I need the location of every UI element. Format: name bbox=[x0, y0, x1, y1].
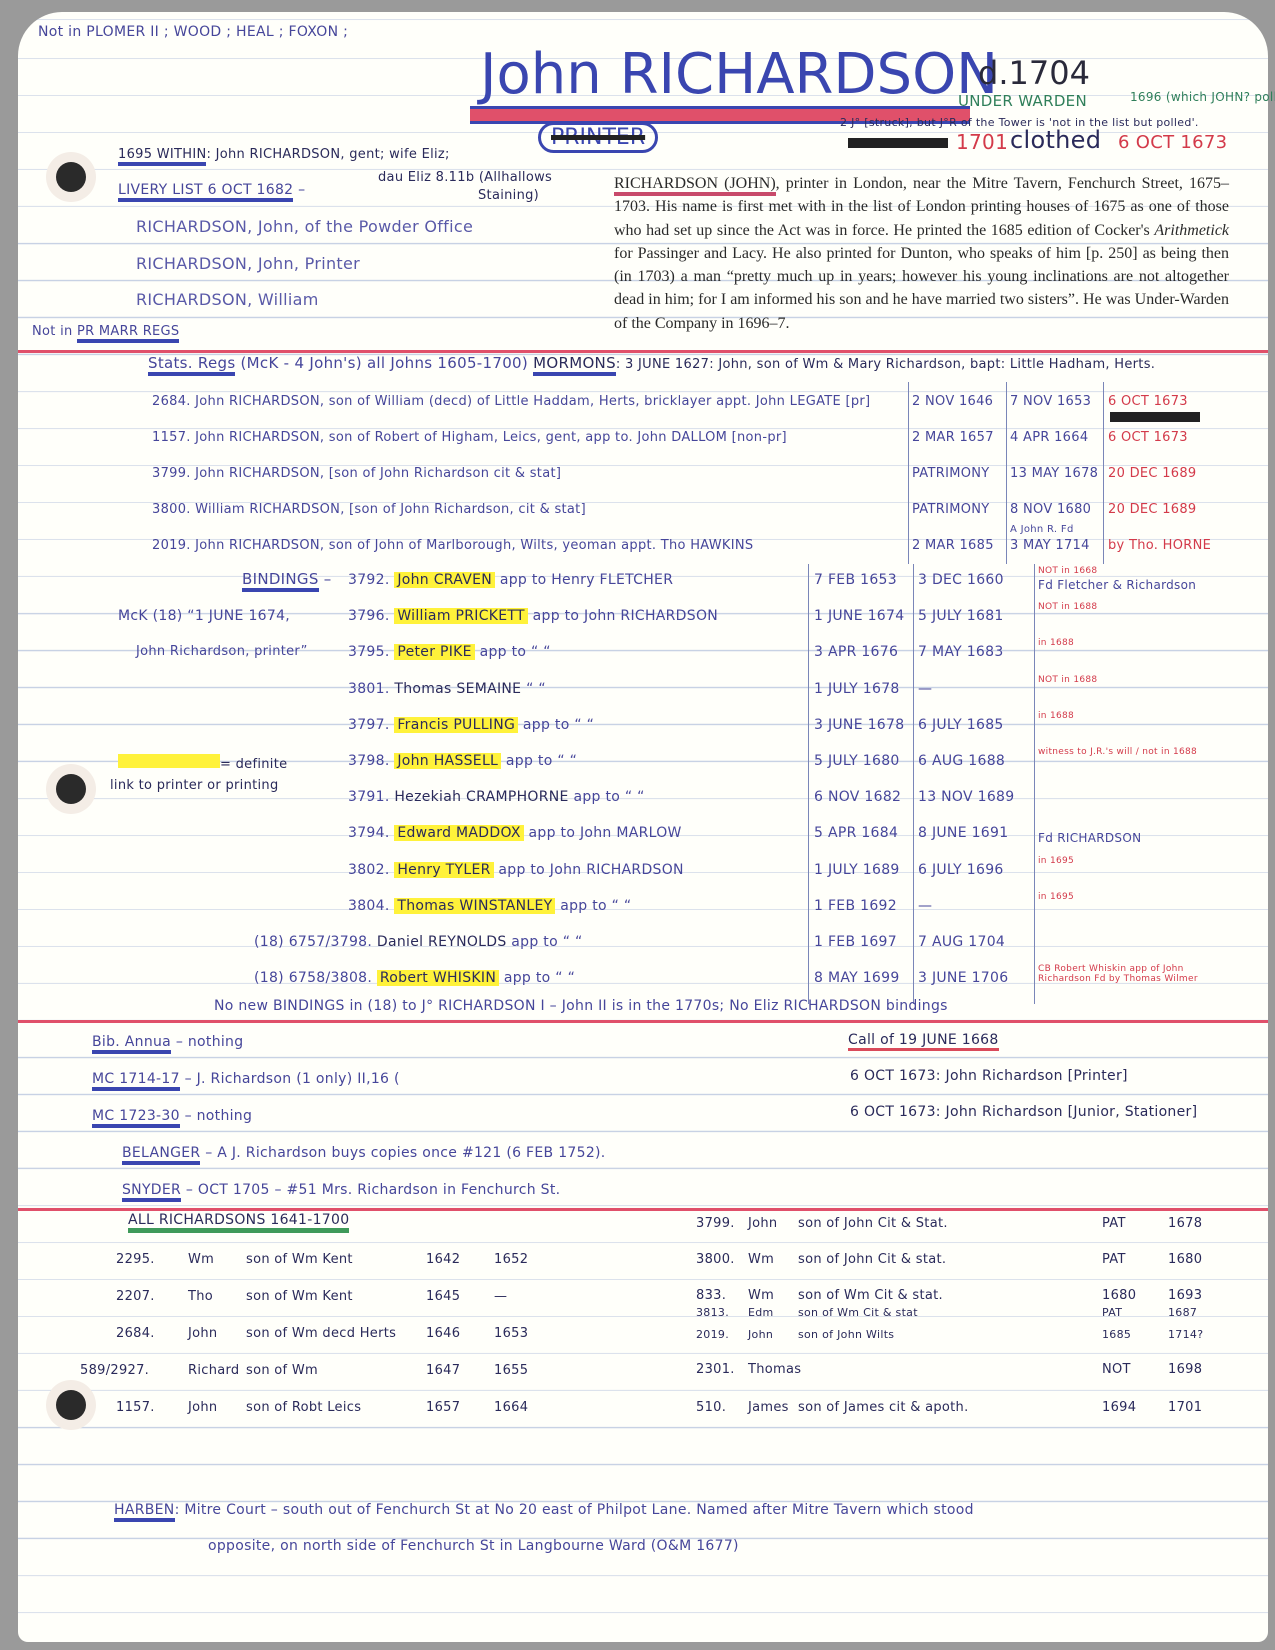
column-divider bbox=[913, 564, 914, 1004]
apprentice-name: Edward MADDOX bbox=[394, 825, 523, 841]
binding-note-red: CB Robert Whiskin app of John Richardson… bbox=[1038, 964, 1198, 984]
source-label: Bib. Annua bbox=[92, 1034, 171, 1054]
year-1701: 1701 bbox=[956, 130, 1008, 154]
marr-regs-label: PR MARR REGS bbox=[77, 324, 179, 343]
notebook-page: Not in PLOMER II ; WOOD ; HEAL ; FOXON ;… bbox=[18, 12, 1268, 1642]
binding-note-red: in 1688 bbox=[1038, 638, 1198, 648]
richardson-year-free: 1680 bbox=[1168, 1252, 1202, 1267]
stats-row-status: 6 OCT 1673 bbox=[1108, 394, 1188, 409]
apprentice-name: John HASSELL bbox=[394, 753, 501, 769]
redacted-bar bbox=[848, 138, 948, 148]
source-line: MC 1723-30 – nothing bbox=[92, 1108, 252, 1124]
richardson-name: John bbox=[748, 1328, 773, 1341]
binding-bound-date: 1 JULY 1689 bbox=[814, 862, 900, 878]
richardson-father: son of Wm Kent bbox=[246, 1289, 353, 1304]
binding-master: app to “ “ bbox=[569, 789, 645, 805]
richardson-year-free: 1653 bbox=[494, 1326, 528, 1341]
binding-row: (18) 6757/3798. Daniel REYNOLDS app to “… bbox=[254, 934, 583, 950]
richardson-father: son of Robt Leics bbox=[246, 1400, 361, 1415]
bindings-label: BINDINGS bbox=[242, 570, 319, 592]
richardson-year-bound: PAT bbox=[1102, 1306, 1122, 1319]
within-label: 1695 WITHIN bbox=[118, 147, 206, 166]
richardson-name: Thomas bbox=[748, 1362, 801, 1377]
richardson-father: son of Wm Kent bbox=[246, 1252, 353, 1267]
richardson-year-free: — bbox=[494, 1289, 507, 1304]
binding-number: 3796. bbox=[348, 608, 394, 624]
binding-note-red: in 1688 bbox=[1038, 711, 1198, 721]
stats-row-free: 13 MAY 1678 bbox=[1010, 466, 1098, 481]
richardson-father: son of John Wilts bbox=[798, 1328, 894, 1341]
richardson-father: son of Wm Cit & stat. bbox=[798, 1288, 943, 1303]
richardson-num: 3799. bbox=[696, 1216, 735, 1231]
richardson-year-free: 1655 bbox=[494, 1363, 528, 1378]
stats-row-bound: 2 MAR 1685 bbox=[912, 538, 994, 553]
richardson-year-free: 1693 bbox=[1168, 1288, 1202, 1303]
binding-row: 3795. Peter PIKE app to “ “ bbox=[348, 644, 551, 660]
binding-bound-date: 5 JULY 1680 bbox=[814, 753, 900, 769]
richardson-year-free: 1678 bbox=[1168, 1216, 1202, 1231]
richardson-name: Richard bbox=[188, 1363, 239, 1378]
richardson-num: 3813. bbox=[696, 1306, 729, 1319]
richardson-name: Wm bbox=[748, 1288, 774, 1303]
binding-master: app to Henry FLETCHER bbox=[495, 572, 673, 588]
column-divider bbox=[1006, 382, 1007, 564]
harben-label: HARBEN bbox=[114, 1502, 175, 1522]
richardson-num: 2207. bbox=[116, 1289, 155, 1304]
richardson-num: 2684. bbox=[116, 1326, 155, 1341]
binding-master: app to “ “ bbox=[501, 753, 577, 769]
apprentice-name: John CRAVEN bbox=[394, 572, 495, 588]
binding-free-date: — bbox=[918, 681, 932, 697]
binding-number: 3794. bbox=[348, 825, 394, 841]
stats-row-text: 2019. John RICHARDSON, son of John of Ma… bbox=[152, 538, 753, 553]
richardson-year-free: 1664 bbox=[494, 1400, 528, 1415]
richardson-year-free: 1652 bbox=[494, 1252, 528, 1267]
richardson-year-bound: 1647 bbox=[426, 1363, 460, 1378]
stats-row-bound: PATRIMONY bbox=[912, 466, 990, 481]
binding-number: 3802. bbox=[348, 862, 394, 878]
richardson-year-bound: PAT bbox=[1102, 1216, 1126, 1231]
richardson-father: son of John Cit & Stat. bbox=[798, 1216, 948, 1231]
livery-list-line: LIVERY LIST 6 OCT 1682 – bbox=[118, 182, 305, 198]
richardson-year-bound: 1694 bbox=[1102, 1400, 1136, 1415]
richardson-year-free: 1687 bbox=[1168, 1306, 1197, 1319]
binding-master: app to “ “ bbox=[555, 898, 631, 914]
binding-free-date: 6 JULY 1696 bbox=[918, 862, 1004, 878]
within-line: 1695 WITHIN: John RICHARDSON, gent; wife… bbox=[118, 147, 450, 162]
highlight-swatch bbox=[118, 754, 220, 768]
binding-free-date: — bbox=[918, 898, 932, 914]
richardson-father: son of Wm Cit & stat bbox=[798, 1306, 918, 1319]
binding-free-date: 6 JULY 1685 bbox=[918, 717, 1004, 733]
binding-master: app to “ “ bbox=[518, 717, 594, 733]
under-warden-label: UNDER WARDEN bbox=[958, 92, 1087, 110]
all-richardsons-line: ALL RICHARDSONS 1641-1700 bbox=[128, 1212, 349, 1228]
apprentice-name: Henry TYLER bbox=[394, 862, 493, 878]
binding-bound-date: 7 FEB 1653 bbox=[814, 572, 897, 588]
richardson-year-bound: 1645 bbox=[426, 1289, 460, 1304]
highlight-legend: = definite bbox=[118, 754, 287, 772]
binding-number: 3791. bbox=[348, 789, 394, 805]
source-line: SNYDER – OCT 1705 – #51 Mrs. Richardson … bbox=[122, 1182, 560, 1198]
richardson-name: Wm bbox=[188, 1252, 214, 1267]
richardson-father: son of James cit & apoth. bbox=[798, 1400, 969, 1415]
apprentice-name: Daniel REYNOLDS bbox=[377, 934, 507, 950]
binding-row: 3796. William PRICKETT app to John RICHA… bbox=[348, 608, 718, 624]
binding-number: 3801. bbox=[348, 681, 394, 697]
richardson-year-bound: 1685 bbox=[1102, 1328, 1131, 1341]
richardson-year-bound: 1646 bbox=[426, 1326, 460, 1341]
livery-entry: RICHARDSON, John, Printer bbox=[136, 254, 360, 273]
page-title: John RICHARDSON bbox=[480, 42, 998, 107]
stats-row-status: 20 DEC 1689 bbox=[1108, 502, 1197, 517]
binding-note: Fd RICHARDSON bbox=[1038, 831, 1141, 845]
binding-master: app to “ “ bbox=[499, 970, 575, 986]
binding-note-red: witness to J.R.'s will / not in 1688 bbox=[1038, 747, 1198, 757]
mormons-label: MORMONS bbox=[533, 354, 616, 376]
richardson-num: 833. bbox=[696, 1288, 726, 1303]
binding-bound-date: 5 APR 1684 bbox=[814, 825, 898, 841]
source-label: MC 1723-30 bbox=[92, 1108, 180, 1128]
binding-bound-date: 1 FEB 1692 bbox=[814, 898, 897, 914]
stats-row-free: 4 APR 1664 bbox=[1010, 430, 1088, 445]
stats-row-text: 3800. William RICHARDSON, [son of John R… bbox=[152, 502, 586, 517]
binder-hole bbox=[56, 774, 86, 804]
highlight-legend-2: link to printer or printing bbox=[110, 778, 279, 793]
binding-row: (18) 6758/3808. Robert WHISKIN app to “ … bbox=[254, 970, 575, 986]
marr-regs-line: Not in PR MARR REGS bbox=[32, 324, 179, 339]
richardson-year-free: 1714? bbox=[1168, 1328, 1203, 1341]
source-text: – nothing bbox=[180, 1108, 252, 1124]
livery-list-label: LIVERY LIST 6 OCT 1682 bbox=[118, 182, 293, 202]
binding-free-date: 13 NOV 1689 bbox=[918, 789, 1014, 805]
binding-row: 3804. Thomas WINSTANLEY app to “ “ bbox=[348, 898, 631, 914]
stats-row-text: 3799. John RICHARDSON, [son of John Rich… bbox=[152, 466, 561, 481]
not-in-note: Not in PLOMER II ; WOOD ; HEAL ; FOXON ; bbox=[38, 24, 348, 40]
binding-free-date: 7 AUG 1704 bbox=[918, 934, 1005, 950]
richardson-year-free: 1701 bbox=[1168, 1400, 1202, 1415]
harben-line: HARBEN: Mitre Court – south out of Fench… bbox=[114, 1502, 974, 1518]
column-divider bbox=[1034, 564, 1035, 1004]
richardson-year-bound: 1680 bbox=[1102, 1288, 1136, 1303]
call-entry: 6 OCT 1673: John Richardson [Printer] bbox=[850, 1068, 1128, 1084]
stats-row-free: 3 MAY 1714 bbox=[1010, 538, 1090, 553]
stats-row-bound: 2 NOV 1646 bbox=[912, 394, 993, 409]
bindings-footer: No new BINDINGS in (18) to J° RICHARDSON… bbox=[214, 998, 948, 1014]
stats-row-text: 1157. John RICHARDSON, son of Robert of … bbox=[152, 430, 787, 445]
binding-bound-date: 3 JUNE 1678 bbox=[814, 717, 904, 733]
bindings-heading: BINDINGS – bbox=[242, 570, 332, 588]
binding-row: 3798. John HASSELL app to “ “ bbox=[348, 753, 577, 769]
source-text: – J. Richardson (1 only) II,16 ( bbox=[180, 1071, 400, 1087]
binding-master: app to John RICHARDSON bbox=[494, 862, 684, 878]
column-divider bbox=[908, 382, 909, 564]
binding-number: 3792. bbox=[348, 572, 394, 588]
richardson-name: John bbox=[188, 1326, 217, 1341]
richardson-father: son of John Cit & stat. bbox=[798, 1252, 946, 1267]
under-warden-note: 1696 (which JOHN? polled) bbox=[1130, 90, 1275, 104]
apprentice-name: Peter PIKE bbox=[394, 644, 474, 660]
section-divider bbox=[18, 1208, 1268, 1211]
source-label: BELANGER bbox=[122, 1145, 200, 1165]
richardson-name: John bbox=[188, 1400, 217, 1415]
richardson-year-bound: PAT bbox=[1102, 1252, 1126, 1267]
section-divider bbox=[18, 1020, 1268, 1023]
apprentice-name: Robert WHISKIN bbox=[377, 970, 499, 986]
binding-master: app to “ “ bbox=[507, 934, 583, 950]
binding-note-red: NOT in 1688 bbox=[1038, 675, 1198, 685]
binding-master: “ “ bbox=[521, 681, 546, 697]
stats-row-text: 2684. John RICHARDSON, son of William (d… bbox=[152, 394, 870, 409]
richardson-num: 589/2927. bbox=[80, 1363, 149, 1378]
occupation-struck: PRINTER bbox=[538, 122, 658, 153]
binder-hole bbox=[56, 162, 86, 192]
column-divider bbox=[1103, 382, 1104, 564]
section-divider bbox=[18, 350, 1268, 353]
call-entry: 6 OCT 1673: John Richardson [Junior, Sta… bbox=[850, 1104, 1197, 1120]
apprentice-name: Thomas SEMAINE bbox=[394, 681, 521, 697]
stats-row-status: by Tho. HORNE bbox=[1108, 538, 1211, 553]
binding-row: 3791. Hezekiah CRAMPHORNE app to “ “ bbox=[348, 789, 645, 805]
within-line-3: Staining) bbox=[478, 188, 539, 203]
richardson-num: 2019. bbox=[696, 1328, 729, 1341]
all-richardsons-label: ALL RICHARDSONS 1641-1700 bbox=[128, 1212, 349, 1233]
richardson-num: 3800. bbox=[696, 1252, 735, 1267]
binding-master: app to “ “ bbox=[475, 644, 551, 660]
call-line: Call of 19 JUNE 1668 bbox=[848, 1032, 999, 1048]
binding-number: (18) 6758/3808. bbox=[254, 970, 377, 986]
call-label: Call of 19 JUNE 1668 bbox=[848, 1032, 999, 1051]
mck-note: McK (18) “1 JUNE 1674, bbox=[118, 608, 290, 624]
binding-row: 3797. Francis PULLING app to “ “ bbox=[348, 717, 594, 733]
stats-regs-line: Stats. Regs (McK - 4 John's) all Johns 1… bbox=[148, 354, 1155, 372]
clothed-date: 6 OCT 1673 bbox=[1118, 132, 1227, 153]
stats-row-free: 8 NOV 1680 bbox=[1010, 502, 1091, 517]
redacted-bar bbox=[1110, 412, 1200, 422]
binding-note-red: NOT in 1668 bbox=[1038, 566, 1198, 576]
richardson-name: Wm bbox=[748, 1252, 774, 1267]
stats-row-bound: PATRIMONY bbox=[912, 502, 990, 517]
stats-row-status: 6 OCT 1673 bbox=[1108, 430, 1188, 445]
binding-note-red: in 1695 bbox=[1038, 892, 1198, 902]
richardson-num: 2295. bbox=[116, 1252, 155, 1267]
binding-free-date: 3 DEC 1660 bbox=[918, 572, 1004, 588]
richardson-year-free: 1698 bbox=[1168, 1362, 1202, 1377]
binding-number: (18) 6757/3798. bbox=[254, 934, 377, 950]
apprentice-name: William PRICKETT bbox=[394, 608, 528, 624]
death-year: d.1704 bbox=[978, 54, 1090, 92]
apprentice-name: Francis PULLING bbox=[394, 717, 518, 733]
stats-row-bound: 2 MAR 1657 bbox=[912, 430, 994, 445]
binding-number: 3797. bbox=[348, 717, 394, 733]
column-divider bbox=[808, 564, 809, 1004]
source-label: MC 1714-17 bbox=[92, 1071, 180, 1091]
source-line: BELANGER – A J. Richardson buys copies o… bbox=[122, 1145, 606, 1161]
richardson-name: Tho bbox=[188, 1289, 213, 1304]
binding-row: 3802. Henry TYLER app to John RICHARDSON bbox=[348, 862, 684, 878]
livery-entry: RICHARDSON, William bbox=[136, 290, 319, 309]
richardson-num: 1157. bbox=[116, 1400, 155, 1415]
binding-note-red: NOT in 1688 bbox=[1038, 602, 1198, 612]
harben-line-2: opposite, on north side of Fenchurch St … bbox=[208, 1538, 739, 1554]
binding-master: app to John RICHARDSON bbox=[528, 608, 718, 624]
binding-free-date: 3 JUNE 1706 bbox=[918, 970, 1008, 986]
clothed-label: clothed bbox=[1010, 126, 1101, 154]
stats-row-free-note: A John R. Fd bbox=[1010, 524, 1074, 535]
richardson-num: 510. bbox=[696, 1400, 726, 1415]
binding-row: 3792. John CRAVEN app to Henry FLETCHER bbox=[348, 572, 673, 588]
source-text: – nothing bbox=[171, 1034, 243, 1050]
richardson-father: son of Wm decd Herts bbox=[246, 1326, 396, 1341]
binding-row: 3801. Thomas SEMAINE “ “ bbox=[348, 681, 546, 697]
richardson-name: Edm bbox=[748, 1306, 774, 1319]
stats-row-status: 20 DEC 1689 bbox=[1108, 466, 1197, 481]
source-line: Bib. Annua – nothing bbox=[92, 1034, 243, 1050]
richardson-year-bound: 1642 bbox=[426, 1252, 460, 1267]
apprentice-name: Hezekiah CRAMPHORNE bbox=[394, 789, 568, 805]
binding-number: 3804. bbox=[348, 898, 394, 914]
source-label: SNYDER bbox=[122, 1182, 181, 1202]
binding-free-date: 5 JULY 1681 bbox=[918, 608, 1004, 624]
binder-hole bbox=[56, 1390, 86, 1420]
binding-free-date: 6 AUG 1688 bbox=[918, 753, 1005, 769]
binding-bound-date: 1 JUNE 1674 bbox=[814, 608, 904, 624]
livery-entry: RICHARDSON, John, of the Powder Office bbox=[136, 217, 473, 236]
stats-regs-label: Stats. Regs bbox=[148, 354, 235, 376]
stats-row-free: 7 NOV 1653 bbox=[1010, 394, 1091, 409]
richardson-father: son of Wm bbox=[246, 1363, 318, 1378]
binding-number: 3795. bbox=[348, 644, 394, 660]
within-line-2: dau Eliz 8.11b (Allhallows bbox=[378, 170, 552, 185]
richardson-num: 2301. bbox=[696, 1362, 735, 1377]
binding-number: 3798. bbox=[348, 753, 394, 769]
binding-master: app to John MARLOW bbox=[524, 825, 682, 841]
binding-free-date: 8 JUNE 1691 bbox=[918, 825, 1008, 841]
apprentice-name: Thomas WINSTANLEY bbox=[394, 898, 555, 914]
source-text: – OCT 1705 – #51 Mrs. Richardson in Fenc… bbox=[181, 1182, 560, 1198]
richardson-name: John bbox=[748, 1216, 777, 1231]
binding-free-date: 7 MAY 1683 bbox=[918, 644, 1004, 660]
entry-lead: RICHARDSON (JOHN) bbox=[614, 175, 776, 196]
binding-bound-date: 3 APR 1676 bbox=[814, 644, 898, 660]
binding-note: Fd Fletcher & Richardson bbox=[1038, 578, 1196, 592]
richardson-name: James bbox=[748, 1400, 789, 1415]
binding-note-red: in 1695 bbox=[1038, 856, 1198, 866]
binding-bound-date: 8 MAY 1699 bbox=[814, 970, 900, 986]
richardson-year-bound: NOT bbox=[1102, 1362, 1131, 1377]
richardson-year-bound: 1657 bbox=[426, 1400, 460, 1415]
printed-dictionary-entry: RICHARDSON (JOHN), printer in London, ne… bbox=[614, 172, 1229, 335]
mck-note-2: John Richardson, printer” bbox=[136, 644, 308, 659]
source-line: MC 1714-17 – J. Richardson (1 only) II,1… bbox=[92, 1071, 400, 1087]
binding-row: 3794. Edward MADDOX app to John MARLOW bbox=[348, 825, 682, 841]
binding-bound-date: 6 NOV 1682 bbox=[814, 789, 901, 805]
source-text: – A J. Richardson buys copies once #121 … bbox=[200, 1145, 605, 1161]
binding-bound-date: 1 JULY 1678 bbox=[814, 681, 900, 697]
binding-bound-date: 1 FEB 1697 bbox=[814, 934, 897, 950]
